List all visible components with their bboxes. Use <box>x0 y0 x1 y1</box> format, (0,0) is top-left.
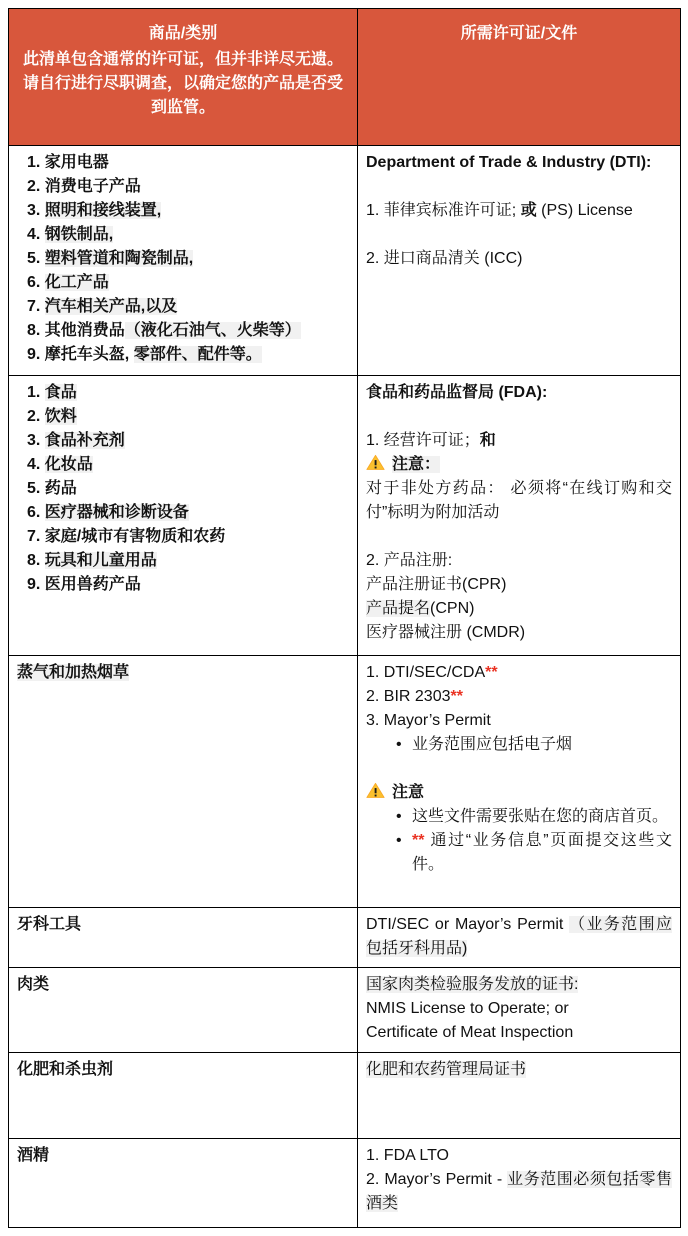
text-line: 食品和药品监督局 (FDA): <box>366 381 672 405</box>
requirements-cell: 国家肉类检验服务发放的证书:NMIS License to Operate; o… <box>358 968 681 1053</box>
text-segment: 1. <box>27 384 45 401</box>
text-line: 2. 饮料 <box>17 405 349 429</box>
text-line: 酒精 <box>17 1144 349 1168</box>
text-line: 4. 化妆品 <box>17 453 349 477</box>
spacer-line <box>366 223 672 247</box>
text-segment: 8. 其他消费品 <box>27 322 125 339</box>
category-cell: 肉类 <box>9 968 358 1053</box>
text-segment: 蒸气和加热烟草 <box>17 664 129 681</box>
requirements-cell: 1. FDA LTO2. Mayor’s Permit - 业务范围必须包括零售… <box>358 1139 681 1228</box>
text-segment: 1. FDA LTO <box>366 1147 449 1164</box>
text-line: 蒸气和加热烟草 <box>17 661 349 685</box>
text-line: 牙科工具 <box>17 913 349 937</box>
text-line: 对于非处方药品： 必须将“在线订购和交付”标明为附加活动 <box>366 477 672 525</box>
text-line: 国家肉类检验服务发放的证书: <box>366 973 672 997</box>
requirements-header-cell: 所需许可证/文件 <box>358 9 681 146</box>
text-segment: 9. 摩托车头盔, <box>27 346 134 363</box>
text-line: 5. 药品 <box>17 477 349 501</box>
text-segment: 化工产品 <box>45 274 109 291</box>
category-cell: 1. 家用电器2. 消费电子产品3. 照明和接线装置,4. 钢铁制品,5. 塑料… <box>9 146 358 376</box>
text-line: 产品注册证书(CPR) <box>366 573 672 597</box>
text-line: 2. Mayor’s Permit - 业务范围必须包括零售酒类 <box>366 1168 672 1216</box>
text-segment: 塑料管道和陶瓷制品, <box>45 250 193 267</box>
text-line: 1. 食品 <box>17 381 349 405</box>
text-segment: 肉类 <box>17 976 49 993</box>
text-line: 6. 化工产品 <box>17 271 349 295</box>
text-line: 化肥和农药管理局证书 <box>366 1058 672 1082</box>
text-line: 1. DTI/SEC/CDA** <box>366 661 672 685</box>
text-segment: 2. <box>27 408 45 425</box>
table-row: 蒸气和加热烟草1. DTI/SEC/CDA**2. BIR 2303**3. M… <box>9 656 681 908</box>
spacer-line <box>366 525 672 549</box>
text-segment: 5. <box>27 250 45 267</box>
text-segment: 2. Mayor’s Permit - <box>366 1171 507 1188</box>
text-segment: 1. DTI/SEC/CDA <box>366 664 485 681</box>
text-segment: 食品补充剂 <box>45 432 125 449</box>
text-segment: 2. BIR 2303 <box>366 688 451 705</box>
text-line: 3. 照明和接线装置, <box>17 199 349 223</box>
page: 商品/类别 此清单包含通常的许可证，但并非详尽无遗。请自行进行尽职调查，以确定您… <box>0 0 688 1236</box>
text-line: 2. 进口商品清关 (ICC) <box>366 247 672 271</box>
text-segment: 5. 药品 <box>27 480 77 497</box>
text-segment: 业务范围应包括电子烟 <box>412 736 572 753</box>
text-segment: 化肥和杀虫剂 <box>17 1061 113 1078</box>
requirements-cell: 食品和药品监督局 (FDA):1. 经营许可证；和注意：对于非处方药品： 必须将… <box>358 376 681 656</box>
text-segment: 3. <box>27 432 45 449</box>
text-segment: 化肥和农药管理局证书 <box>366 1061 526 1078</box>
text-segment: 7. 家庭/城市有害物质和农药 <box>27 528 225 545</box>
text-segment: 产品注册证书(CPR) <box>366 576 506 593</box>
text-segment: Certificate of Meat Inspection <box>366 1024 573 1041</box>
text-line: 1. FDA LTO <box>366 1144 672 1168</box>
text-line: 肉类 <box>17 973 349 997</box>
text-line: 4. 钢铁制品, <box>17 223 349 247</box>
text-line: 业务范围应包括电子烟 <box>366 733 672 757</box>
text-segment: 3. Mayor’s Permit <box>366 712 491 729</box>
warning-icon <box>366 454 385 471</box>
requirements-header-title: 所需许可证/文件 <box>366 22 672 46</box>
text-segment: 和 <box>480 432 496 449</box>
text-segment: 1. 菲律宾标准许可证; <box>366 202 521 219</box>
text-segment: 饮料 <box>45 408 77 425</box>
text-segment: 零部件、配件等。 <box>134 346 262 363</box>
text-line: 9. 医用兽药产品 <box>17 573 349 597</box>
header-row: 商品/类别 此清单包含通常的许可证，但并非详尽无遗。请自行进行尽职调查，以确定您… <box>9 9 681 146</box>
text-line: 5. 塑料管道和陶瓷制品, <box>17 247 349 271</box>
text-segment: 2. 产品注册: <box>366 552 452 569</box>
text-line: 2. 产品注册: <box>366 549 672 573</box>
text-segment: 这些文件需要张贴在您的商店首页。 <box>412 808 668 825</box>
text-line: Certificate of Meat Inspection <box>366 1021 672 1045</box>
table-row: 肉类国家肉类检验服务发放的证书:NMIS License to Operate;… <box>9 968 681 1053</box>
spacer-line <box>366 405 672 429</box>
text-segment: 注意 <box>392 784 424 801</box>
text-line: 医疗器械注册 (CMDR) <box>366 621 672 645</box>
table-row: 1. 家用电器2. 消费电子产品3. 照明和接线装置,4. 钢铁制品,5. 塑料… <box>9 146 681 376</box>
text-segment: 照明和接线装置, <box>45 202 161 219</box>
category-header-title: 商品/类别 <box>17 22 349 46</box>
requirements-cell: 1. DTI/SEC/CDA**2. BIR 2303**3. Mayor’s … <box>358 656 681 908</box>
text-line: 2. BIR 2303** <box>366 685 672 709</box>
text-segment: 玩具和儿童用品 <box>45 552 157 569</box>
table-row: 酒精1. FDA LTO2. Mayor’s Permit - 业务范围必须包括… <box>9 1139 681 1228</box>
text-segment: 2. 进口商品清关 (ICC) <box>366 250 522 267</box>
text-segment: 化妆品 <box>45 456 93 473</box>
text-segment: 产品提名 <box>366 600 430 617</box>
spacer-line <box>366 175 672 199</box>
category-cell: 化肥和杀虫剂 <box>9 1053 358 1139</box>
text-segment: 注意： <box>392 456 440 473</box>
text-line: 注意 <box>366 781 672 805</box>
text-segment: 汽车相关产品,以及 <box>45 298 177 315</box>
text-segment: 4. <box>27 456 45 473</box>
license-requirements-table: 商品/类别 此清单包含通常的许可证，但并非详尽无遗。请自行进行尽职调查，以确定您… <box>8 8 681 1228</box>
text-segment: 医疗器械和诊断设备 <box>45 504 189 521</box>
text-line: 9. 摩托车头盔, 零部件、配件等。 <box>17 343 349 367</box>
text-line: 3. Mayor’s Permit <box>366 709 672 733</box>
text-segment: 国家肉类检验服务发放的证书: <box>366 976 578 993</box>
table-header: 商品/类别 此清单包含通常的许可证，但并非详尽无遗。请自行进行尽职调查，以确定您… <box>9 9 681 146</box>
text-line: 1. 菲律宾标准许可证; 或 (PS) License <box>366 199 672 223</box>
text-segment: DTI/SEC or Mayor’s Permit <box>366 916 569 933</box>
text-segment: 食品和药品监督局 (FDA): <box>366 384 547 401</box>
text-line: Department of Trade & Industry (DTI): <box>366 151 672 175</box>
requirements-cell: DTI/SEC or Mayor’s Permit （业务范围应包括牙科用品) <box>358 908 681 968</box>
text-segment: NMIS License to Operate; or <box>366 1000 569 1017</box>
requirements-cell: 化肥和农药管理局证书 <box>358 1053 681 1139</box>
text-segment: 医疗器械注册 (CMDR) <box>366 624 525 641</box>
category-cell: 牙科工具 <box>9 908 358 968</box>
text-line: 化肥和杀虫剂 <box>17 1058 349 1082</box>
text-segment: 酒精 <box>17 1147 49 1164</box>
text-segment: 9. 医用兽药产品 <box>27 576 141 593</box>
text-line: 8. 玩具和儿童用品 <box>17 549 349 573</box>
text-segment: 7. <box>27 298 45 315</box>
table-row: 化肥和杀虫剂化肥和农药管理局证书 <box>9 1053 681 1139</box>
text-segment: 6. <box>27 504 45 521</box>
text-line: 注意： <box>366 453 672 477</box>
text-segment: (PS) License <box>537 202 633 219</box>
text-segment: 4. <box>27 226 45 243</box>
text-line: 3. 食品补充剂 <box>17 429 349 453</box>
text-segment: （液化石油气、火柴等） <box>125 322 301 339</box>
text-line: 1. 家用电器 <box>17 151 349 175</box>
table-row: 1. 食品2. 饮料3. 食品补充剂4. 化妆品5. 药品6. 医疗器械和诊断设… <box>9 376 681 656</box>
text-segment: 食品 <box>45 384 77 401</box>
text-line: ** 通过“业务信息”页面提交这些文件。 <box>366 829 672 877</box>
text-line: 产品提名(CPN) <box>366 597 672 621</box>
text-line: DTI/SEC or Mayor’s Permit （业务范围应包括牙科用品) <box>366 913 672 961</box>
table-body: 1. 家用电器2. 消费电子产品3. 照明和接线装置,4. 钢铁制品,5. 塑料… <box>9 146 681 1228</box>
text-segment: ** <box>451 688 463 705</box>
text-line: NMIS License to Operate; or <box>366 997 672 1021</box>
text-segment: ** <box>485 664 497 681</box>
text-segment: 1. 经营许可证； <box>366 432 480 449</box>
text-line: 7. 汽车相关产品,以及 <box>17 295 349 319</box>
text-segment: Department of Trade & Industry (DTI): <box>366 154 651 171</box>
text-segment: (CPN) <box>430 600 474 617</box>
table-row: 牙科工具DTI/SEC or Mayor’s Permit （业务范围应包括牙科… <box>9 908 681 968</box>
text-line: 8. 其他消费品（液化石油气、火柴等） <box>17 319 349 343</box>
text-line: 7. 家庭/城市有害物质和农药 <box>17 525 349 549</box>
category-header-cell: 商品/类别 此清单包含通常的许可证，但并非详尽无遗。请自行进行尽职调查，以确定您… <box>9 9 358 146</box>
text-line: 2. 消费电子产品 <box>17 175 349 199</box>
category-cell: 蒸气和加热烟草 <box>9 656 358 908</box>
text-segment: 2. 消费电子产品 <box>27 178 141 195</box>
text-segment: 6. <box>27 274 45 291</box>
text-segment: 通过“业务信息”页面提交这些文件。 <box>412 832 672 873</box>
requirements-cell: Department of Trade & Industry (DTI):1. … <box>358 146 681 376</box>
category-header-note: 此清单包含通常的许可证，但并非详尽无遗。请自行进行尽职调查，以确定您的产品是否受… <box>17 48 349 120</box>
text-segment: 对于非处方药品： 必须将“在线订购和交付”标明为附加活动 <box>366 480 672 521</box>
text-segment: 或 <box>521 202 537 219</box>
text-line: 6. 医疗器械和诊断设备 <box>17 501 349 525</box>
category-cell: 1. 食品2. 饮料3. 食品补充剂4. 化妆品5. 药品6. 医疗器械和诊断设… <box>9 376 358 656</box>
text-segment: 牙科工具 <box>17 916 81 933</box>
text-line: 1. 经营许可证；和 <box>366 429 672 453</box>
category-cell: 酒精 <box>9 1139 358 1228</box>
text-segment: 3. <box>27 202 45 219</box>
text-segment: ** <box>412 832 424 849</box>
text-segment: 钢铁制品, <box>45 226 113 243</box>
text-segment: 8. <box>27 552 45 569</box>
spacer-line <box>366 757 672 781</box>
text-line: 这些文件需要张贴在您的商店首页。 <box>366 805 672 829</box>
text-segment: 1. 家用电器 <box>27 154 109 171</box>
warning-icon <box>366 782 385 799</box>
